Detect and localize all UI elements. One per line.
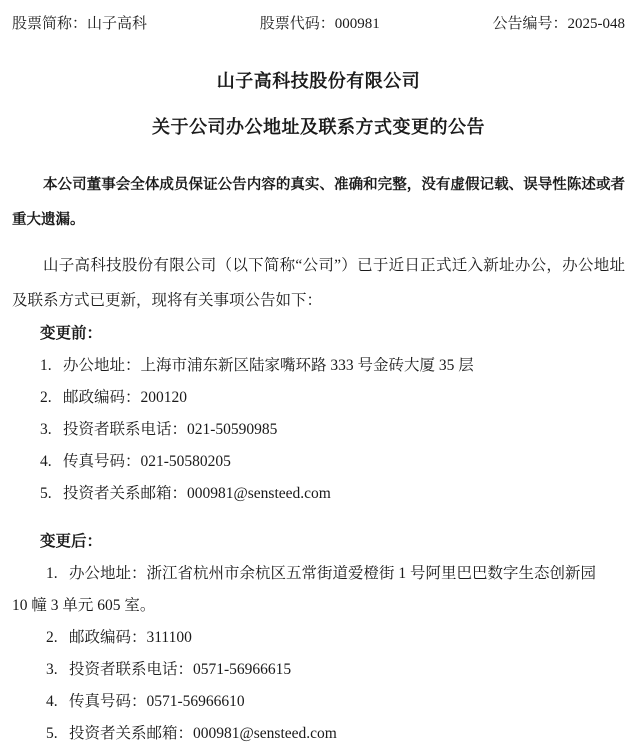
before-change-heading: 变更前： [12, 318, 625, 350]
item-number: 3. [40, 414, 54, 446]
intro-paragraph: 山子高科技股份有限公司（以下简称“公司”）已于近日正式迁入新址办公，办公地址及联… [12, 248, 625, 318]
item-text: 投资者联系电话：0571-56966615 [69, 661, 291, 678]
item-text: 传真号码：021-50580205 [63, 453, 231, 470]
list-item: 5.投资者关系邮箱：000981@sensteed.com [12, 478, 625, 510]
list-item: 4.传真号码：0571-56966610 [12, 686, 625, 718]
item-text: 办公地址：浙江省杭州市余杭区五常街道爱橙街 1 号阿里巴巴数字生态创新园 [69, 565, 596, 582]
list-item: 3.投资者联系电话：0571-56966615 [12, 654, 625, 686]
list-item: 5.投资者关系邮箱：000981@sensteed.com [12, 718, 625, 747]
item-text: 投资者联系电话：021-50590985 [63, 421, 277, 438]
announcement-number: 公告编号：2025-048 [493, 14, 626, 34]
item-number: 1. [46, 558, 60, 590]
stock-short-name: 股票简称：山子高科 [12, 14, 147, 34]
before-change-list: 1.办公地址：上海市浦东新区陆家嘴环路 333 号金砖大厦 35 层 2.邮政编… [12, 350, 625, 510]
list-item: 1.办公地址：浙江省杭州市余杭区五常街道爱橙街 1 号阿里巴巴数字生态创新园 1… [12, 558, 625, 622]
item-text-continuation: 10 幢 3 单元 605 室。 [12, 590, 625, 622]
item-number: 5. [46, 718, 60, 747]
company-title: 山子高科技股份有限公司 [12, 68, 625, 94]
item-number: 5. [40, 478, 54, 510]
item-text: 办公地址：上海市浦东新区陆家嘴环路 333 号金砖大厦 35 层 [63, 357, 474, 374]
list-item: 2.邮政编码：200120 [12, 382, 625, 414]
list-item: 1.办公地址：上海市浦东新区陆家嘴环路 333 号金砖大厦 35 层 [12, 350, 625, 382]
item-number: 2. [40, 382, 54, 414]
announcement-document: 股票简称：山子高科 股票代码：000981 公告编号：2025-048 山子高科… [0, 0, 637, 747]
after-change-list: 1.办公地址：浙江省杭州市余杭区五常街道爱橙街 1 号阿里巴巴数字生态创新园 1… [12, 558, 625, 747]
announcement-subject: 关于公司办公地址及联系方式变更的公告 [12, 114, 625, 140]
item-number: 3. [46, 654, 60, 686]
item-number: 4. [40, 446, 54, 478]
item-number: 1. [40, 350, 54, 382]
item-number: 2. [46, 622, 60, 654]
document-header: 股票简称：山子高科 股票代码：000981 公告编号：2025-048 [12, 14, 625, 34]
item-text: 邮政编码：311100 [69, 629, 192, 646]
board-statement: 本公司董事会全体成员保证公告内容的真实、准确和完整，没有虚假记载、误导性陈述或者… [12, 168, 625, 238]
after-change-heading: 变更后： [12, 526, 625, 558]
stock-code: 股票代码：000981 [260, 14, 380, 34]
item-text: 投资者关系邮箱：000981@sensteed.com [63, 485, 331, 502]
item-text: 邮政编码：200120 [63, 389, 187, 406]
list-item: 4.传真号码：021-50580205 [12, 446, 625, 478]
list-item: 2.邮政编码：311100 [12, 622, 625, 654]
item-text: 投资者关系邮箱：000981@sensteed.com [69, 725, 337, 742]
item-text: 传真号码：0571-56966610 [69, 693, 245, 710]
list-item: 3.投资者联系电话：021-50590985 [12, 414, 625, 446]
item-number: 4. [46, 686, 60, 718]
